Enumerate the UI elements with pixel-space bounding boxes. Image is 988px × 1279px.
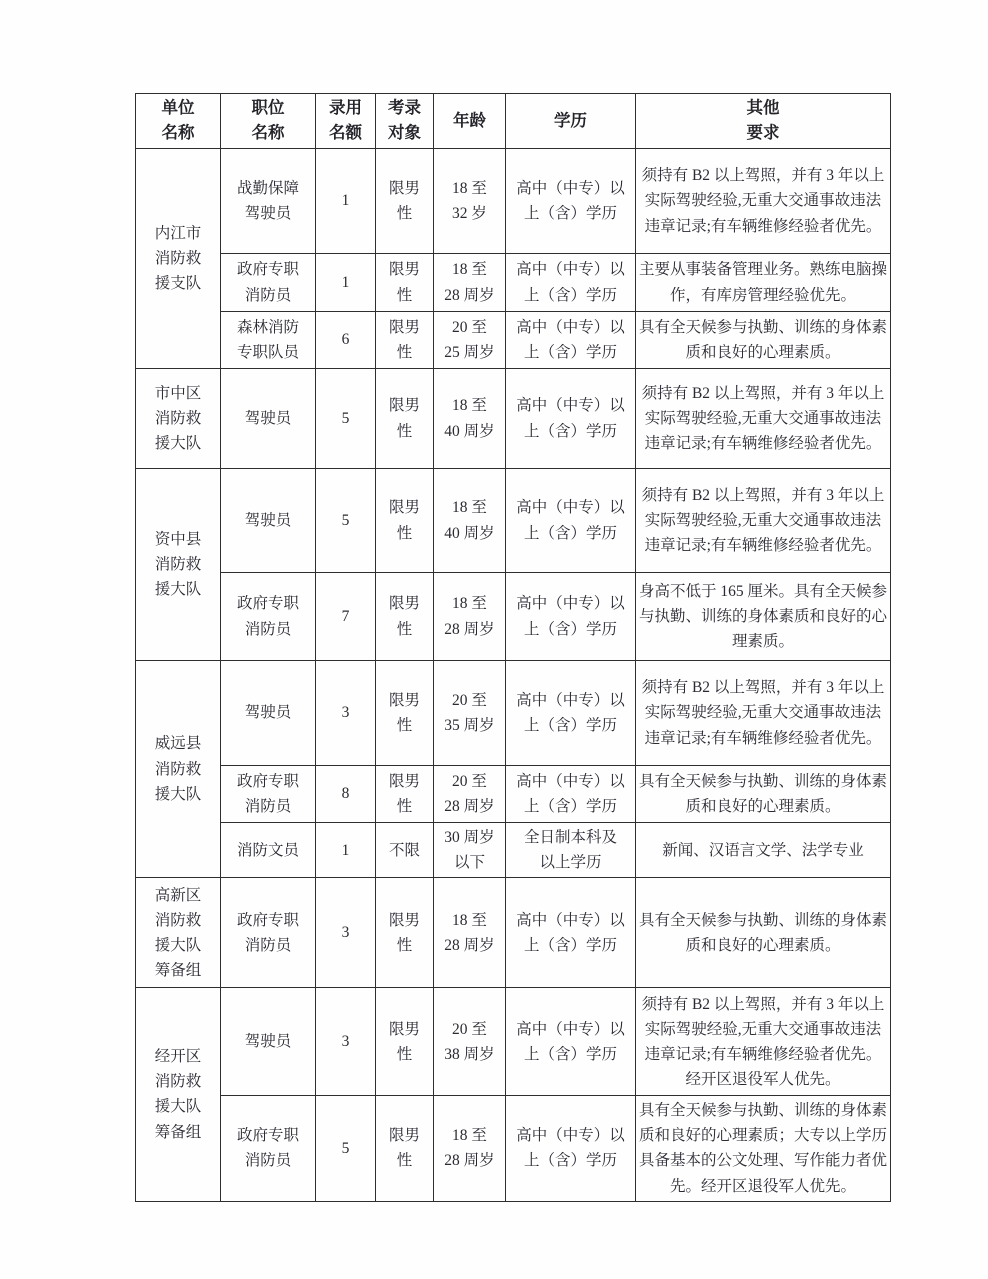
age-cell: 18 至 28 周岁 xyxy=(434,254,506,312)
recruitment-table: 单位 名称职位 名称录用 名额考录 对象年龄学历其他 要求 内江市 消防救 援支… xyxy=(135,93,891,1202)
quota-cell: 6 xyxy=(316,312,376,369)
other-cell: 具有全天候参与执勤、训练的身体素质和良好的心理素质；大专以上学历具备基本的公文处… xyxy=(636,1096,891,1201)
quota-cell: 7 xyxy=(316,573,376,661)
document-page: 单位 名称职位 名称录用 名额考录 对象年龄学历其他 要求 内江市 消防救 援支… xyxy=(0,0,988,1279)
quota-cell: 3 xyxy=(316,878,376,988)
other-cell: 须持有 B2 以上驾照，并有 3 年以上实际驾驶经验,无重大交通事故违法违章记录… xyxy=(636,369,891,469)
table-row: 高新区 消防救 援大队 筹备组政府专职 消防员3限男 性18 至 28 周岁高中… xyxy=(136,878,891,988)
table-row: 消防文员1不限30 周岁 以下全日制本科及 以上学历新闻、汉语言文学、法学专业 xyxy=(136,823,891,878)
quota-cell: 1 xyxy=(316,149,376,254)
other-cell: 新闻、汉语言文学、法学专业 xyxy=(636,823,891,878)
quota-cell: 3 xyxy=(316,988,376,1096)
position-cell: 政府专职 消防员 xyxy=(221,878,316,988)
target-cell: 限男 性 xyxy=(376,254,434,312)
header-row: 单位 名称职位 名称录用 名额考录 对象年龄学历其他 要求 xyxy=(136,94,891,149)
other-cell: 须持有 B2 以上驾照，并有 3 年以上实际驾驶经验,无重大交通事故违法违章记录… xyxy=(636,661,891,766)
position-cell: 驾驶员 xyxy=(221,661,316,766)
other-cell: 具有全天候参与执勤、训练的身体素质和良好的心理素质。 xyxy=(636,878,891,988)
target-cell: 限男 性 xyxy=(376,988,434,1096)
target-cell: 限男 性 xyxy=(376,1096,434,1201)
age-cell: 30 周岁 以下 xyxy=(434,823,506,878)
unit-name-cell: 经开区 消防救 援大队 筹备组 xyxy=(136,988,221,1201)
other-cell: 须持有 B2 以上驾照，并有 3 年以上实际驾驶经验,无重大交通事故违法违章记录… xyxy=(636,149,891,254)
unit-name-cell: 高新区 消防救 援大队 筹备组 xyxy=(136,878,221,988)
age-cell: 20 至 35 周岁 xyxy=(434,661,506,766)
unit-name-cell: 市中区 消防救 援大队 xyxy=(136,369,221,469)
education-cell: 高中（中专）以 上（含）学历 xyxy=(506,988,636,1096)
table-row: 政府专职 消防员1限男 性18 至 28 周岁高中（中专）以 上（含）学历主要从… xyxy=(136,254,891,312)
target-cell: 限男 性 xyxy=(376,766,434,823)
target-cell: 限男 性 xyxy=(376,878,434,988)
age-cell: 18 至 40 周岁 xyxy=(434,369,506,469)
table-body: 内江市 消防救 援支队战勤保障 驾驶员1限男 性18 至 32 岁高中（中专）以… xyxy=(136,149,891,1202)
position-cell: 驾驶员 xyxy=(221,469,316,573)
education-cell: 高中（中专）以 上（含）学历 xyxy=(506,369,636,469)
position-cell: 消防文员 xyxy=(221,823,316,878)
unit-name-cell: 资中县 消防救 援大队 xyxy=(136,469,221,661)
table-row: 内江市 消防救 援支队战勤保障 驾驶员1限男 性18 至 32 岁高中（中专）以… xyxy=(136,149,891,254)
position-cell: 驾驶员 xyxy=(221,988,316,1096)
position-cell: 政府专职 消防员 xyxy=(221,1096,316,1201)
education-cell: 高中（中专）以 上（含）学历 xyxy=(506,661,636,766)
target-cell: 限男 性 xyxy=(376,149,434,254)
quota-cell: 5 xyxy=(316,469,376,573)
education-cell: 高中（中专）以 上（含）学历 xyxy=(506,149,636,254)
target-cell: 限男 性 xyxy=(376,661,434,766)
table-row: 森林消防 专职队员6限男 性20 至 25 周岁高中（中专）以 上（含）学历具有… xyxy=(136,312,891,369)
target-cell: 限男 性 xyxy=(376,312,434,369)
target-cell: 限男 性 xyxy=(376,369,434,469)
table-row: 资中县 消防救 援大队驾驶员5限男 性18 至 40 周岁高中（中专）以 上（含… xyxy=(136,469,891,573)
quota-cell: 8 xyxy=(316,766,376,823)
education-cell: 高中（中专）以 上（含）学历 xyxy=(506,254,636,312)
header-cell: 考录 对象 xyxy=(376,94,434,149)
quota-cell: 1 xyxy=(316,823,376,878)
position-cell: 政府专职 消防员 xyxy=(221,254,316,312)
age-cell: 18 至 28 周岁 xyxy=(434,1096,506,1201)
other-cell: 具有全天候参与执勤、训练的身体素质和良好的心理素质。 xyxy=(636,312,891,369)
other-cell: 须持有 B2 以上驾照，并有 3 年以上实际驾驶经验,无重大交通事故违法违章记录… xyxy=(636,988,891,1096)
education-cell: 高中（中专）以 上（含）学历 xyxy=(506,469,636,573)
quota-cell: 5 xyxy=(316,369,376,469)
position-cell: 战勤保障 驾驶员 xyxy=(221,149,316,254)
education-cell: 高中（中专）以 上（含）学历 xyxy=(506,573,636,661)
age-cell: 18 至 40 周岁 xyxy=(434,469,506,573)
header-cell: 学历 xyxy=(506,94,636,149)
other-cell: 身高不低于 165 厘米。具有全天候参与执勤、训练的身体素质和良好的心理素质。 xyxy=(636,573,891,661)
table-row: 市中区 消防救 援大队驾驶员5限男 性18 至 40 周岁高中（中专）以 上（含… xyxy=(136,369,891,469)
education-cell: 高中（中专）以 上（含）学历 xyxy=(506,878,636,988)
other-cell: 主要从事装备管理业务。熟练电脑操作，有库房管理经验优先。 xyxy=(636,254,891,312)
table-row: 经开区 消防救 援大队 筹备组驾驶员3限男 性20 至 38 周岁高中（中专）以… xyxy=(136,988,891,1096)
education-cell: 高中（中专）以 上（含）学历 xyxy=(506,1096,636,1201)
education-cell: 全日制本科及 以上学历 xyxy=(506,823,636,878)
position-cell: 驾驶员 xyxy=(221,369,316,469)
target-cell: 限男 性 xyxy=(376,469,434,573)
age-cell: 20 至 38 周岁 xyxy=(434,988,506,1096)
age-cell: 18 至 32 岁 xyxy=(434,149,506,254)
header-cell: 单位 名称 xyxy=(136,94,221,149)
age-cell: 20 至 25 周岁 xyxy=(434,312,506,369)
position-cell: 政府专职 消防员 xyxy=(221,573,316,661)
other-cell: 具有全天候参与执勤、训练的身体素质和良好的心理素质。 xyxy=(636,766,891,823)
quota-cell: 5 xyxy=(316,1096,376,1201)
target-cell: 限男 性 xyxy=(376,573,434,661)
unit-name-cell: 威远县 消防救 援大队 xyxy=(136,661,221,878)
age-cell: 18 至 28 周岁 xyxy=(434,878,506,988)
position-cell: 政府专职 消防员 xyxy=(221,766,316,823)
header-cell: 年龄 xyxy=(434,94,506,149)
table-row: 政府专职 消防员5限男 性18 至 28 周岁高中（中专）以 上（含）学历具有全… xyxy=(136,1096,891,1201)
age-cell: 18 至 28 周岁 xyxy=(434,573,506,661)
education-cell: 高中（中专）以 上（含）学历 xyxy=(506,312,636,369)
quota-cell: 1 xyxy=(316,254,376,312)
table-row: 政府专职 消防员8限男 性20 至 28 周岁高中（中专）以 上（含）学历具有全… xyxy=(136,766,891,823)
table-row: 威远县 消防救 援大队驾驶员3限男 性20 至 35 周岁高中（中专）以 上（含… xyxy=(136,661,891,766)
header-cell: 职位 名称 xyxy=(221,94,316,149)
age-cell: 20 至 28 周岁 xyxy=(434,766,506,823)
unit-name-cell: 内江市 消防救 援支队 xyxy=(136,149,221,369)
position-cell: 森林消防 专职队员 xyxy=(221,312,316,369)
header-cell: 其他 要求 xyxy=(636,94,891,149)
other-cell: 须持有 B2 以上驾照，并有 3 年以上实际驾驶经验,无重大交通事故违法违章记录… xyxy=(636,469,891,573)
quota-cell: 3 xyxy=(316,661,376,766)
target-cell: 不限 xyxy=(376,823,434,878)
table-row: 政府专职 消防员7限男 性18 至 28 周岁高中（中专）以 上（含）学历身高不… xyxy=(136,573,891,661)
header-cell: 录用 名额 xyxy=(316,94,376,149)
education-cell: 高中（中专）以 上（含）学历 xyxy=(506,766,636,823)
